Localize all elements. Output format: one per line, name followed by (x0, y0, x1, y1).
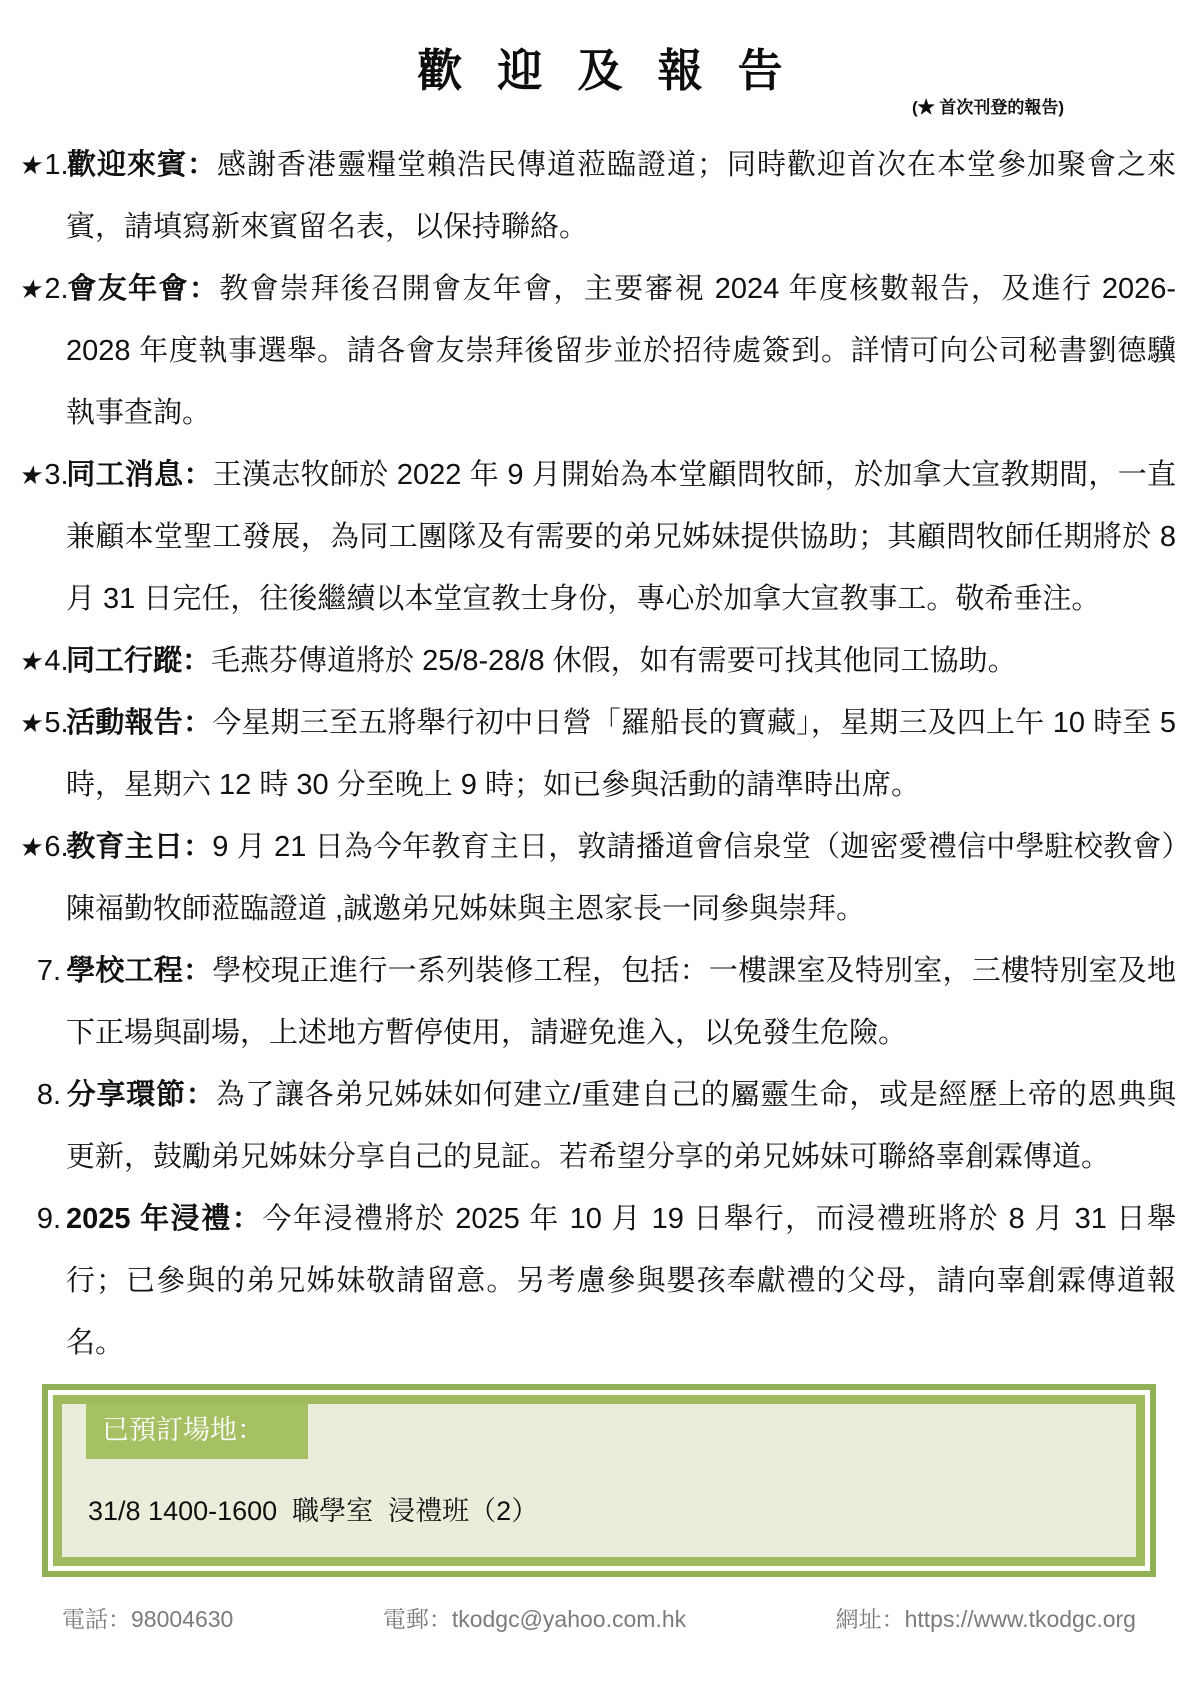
item-marker: 7. (20, 940, 66, 1002)
bulletin-page: 歡迎及報告 (★ 首次刊登的報告) ★1.歡迎來賓：感謝香港靈糧堂賴浩民傳道蒞臨… (0, 0, 1200, 1697)
announcement-item: ★2.會友年會：教會崇拜後召開會友年會，主要審視 2024 年度核數報告，及進行… (20, 258, 1176, 444)
item-number: 1. (44, 149, 68, 181)
item-text: 毛燕芬傳道將於 25/8-28/8 休假，如有需要可找其他同工協助。 (211, 645, 1017, 677)
item-number: 3. (44, 459, 68, 491)
announcement-item: ★5.活動報告：今星期三至五將舉行初中日營「羅船長的寶藏」，星期三及四上午 10… (20, 692, 1176, 816)
item-text: 今星期三至五將舉行初中日營「羅船長的寶藏」，星期三及四上午 10 時至 5 時，… (66, 707, 1176, 801)
announcement-item: 8.分享環節：為了讓各弟兄姊妹如何建立/重建自己的屬靈生命，或是經歷上帝的恩典與… (20, 1064, 1176, 1188)
announcement-item: ★1.歡迎來賓：感謝香港靈糧堂賴浩民傳道蒞臨證道；同時歡迎首次在本堂參加聚會之來… (20, 134, 1176, 258)
announcement-list: ★1.歡迎來賓：感謝香港靈糧堂賴浩民傳道蒞臨證道；同時歡迎首次在本堂參加聚會之來… (0, 134, 1200, 1374)
item-text: 學校現正進行一系列裝修工程，包括：一樓課室及特別室，三樓特別室及地下正場與副場，… (66, 955, 1176, 1049)
item-marker: 8. (20, 1064, 66, 1126)
announcement-item: 9.2025 年浸禮：今年浸禮將於 2025 年 10 月 19 日舉行，而浸禮… (20, 1188, 1176, 1374)
item-label: 會友年會： (66, 273, 219, 305)
item-label: 同工行蹤： (66, 645, 211, 677)
item-label: 分享環節： (66, 1079, 216, 1111)
page-title: 歡迎及報告 (0, 34, 1200, 99)
venue-entry: 31/8 1400-1600 職學室 浸禮班（2） (88, 1491, 1116, 1531)
item-label: 教育主日： (66, 831, 212, 863)
item-number: 8. (37, 1079, 61, 1111)
item-number: 4. (44, 645, 68, 677)
item-marker: ★5. (20, 692, 66, 754)
item-label: 歡迎來賓： (66, 149, 217, 181)
announcement-item: 7.學校工程：學校現正進行一系列裝修工程，包括：一樓課室及特別室，三樓特別室及地… (20, 940, 1176, 1064)
item-text: 感謝香港靈糧堂賴浩民傳道蒞臨證道；同時歡迎首次在本堂參加聚會之來賓，請填寫新來賓… (66, 149, 1176, 243)
reserved-venues-inner: 已預訂場地： 31/8 1400-1600 職學室 浸禮班（2） (53, 1395, 1145, 1566)
item-label: 活動報告： (66, 707, 212, 739)
item-text: 為了讓各弟兄姊妹如何建立/重建自己的屬靈生命，或是經歷上帝的恩典與更新，鼓勵弟兄… (66, 1079, 1176, 1173)
item-marker: ★3. (20, 444, 66, 506)
item-text: 王漢志牧師於 2022 年 9 月開始為本堂顧問牧師，於加拿大宣教期間，一直兼顧… (66, 459, 1176, 615)
footer-email: 電郵：tkodgc@yahoo.com.hk (383, 1601, 686, 1634)
item-number: 9. (37, 1203, 61, 1235)
item-label: 同工消息： (66, 459, 213, 491)
item-label: 學校工程： (66, 955, 212, 987)
announcement-item: ★3.同工消息：王漢志牧師於 2022 年 9 月開始為本堂顧問牧師，於加拿大宣… (20, 444, 1176, 630)
footer-phone: 電話：98004630 (62, 1601, 233, 1634)
item-number: 6. (44, 831, 68, 863)
item-marker: 9. (20, 1188, 66, 1250)
item-marker: ★4. (20, 630, 66, 692)
announcement-item: ★6.教育主日：9 月 21 日為今年教育主日，敦請播道會信泉堂（迦密愛禮信中學… (20, 816, 1176, 940)
item-marker: ★1. (20, 134, 66, 196)
item-text: 9 月 21 日為今年教育主日，敦請播道會信泉堂（迦密愛禮信中學駐校教會）陳福勤… (66, 831, 1176, 925)
item-label: 2025 年浸禮： (66, 1203, 262, 1235)
footer-website: 網址：https://www.tkodgc.org (836, 1601, 1136, 1634)
item-number: 2. (44, 273, 68, 305)
reserved-venues-heading: 已預訂場地： (86, 1404, 308, 1459)
reserved-venues-entries: 31/8 1400-1600 職學室 浸禮班（2） (88, 1491, 1116, 1531)
item-marker: ★6. (20, 816, 66, 878)
first-published-note: (★ 首次刊登的報告) (912, 93, 1064, 118)
item-marker: ★2. (20, 258, 66, 320)
reserved-venues-box: 已預訂場地： 31/8 1400-1600 職學室 浸禮班（2） (42, 1384, 1156, 1577)
header: 歡迎及報告 (★ 首次刊登的報告) (0, 0, 1200, 120)
item-number: 7. (37, 955, 61, 987)
item-text: 教會崇拜後召開會友年會，主要審視 2024 年度核數報告，及進行 2026-20… (66, 273, 1176, 429)
footer: 電話：98004630 電郵：tkodgc@yahoo.com.hk 網址：ht… (0, 1601, 1200, 1634)
announcement-item: ★4.同工行蹤：毛燕芬傳道將於 25/8-28/8 休假，如有需要可找其他同工協… (20, 630, 1176, 692)
item-number: 5. (44, 707, 68, 739)
